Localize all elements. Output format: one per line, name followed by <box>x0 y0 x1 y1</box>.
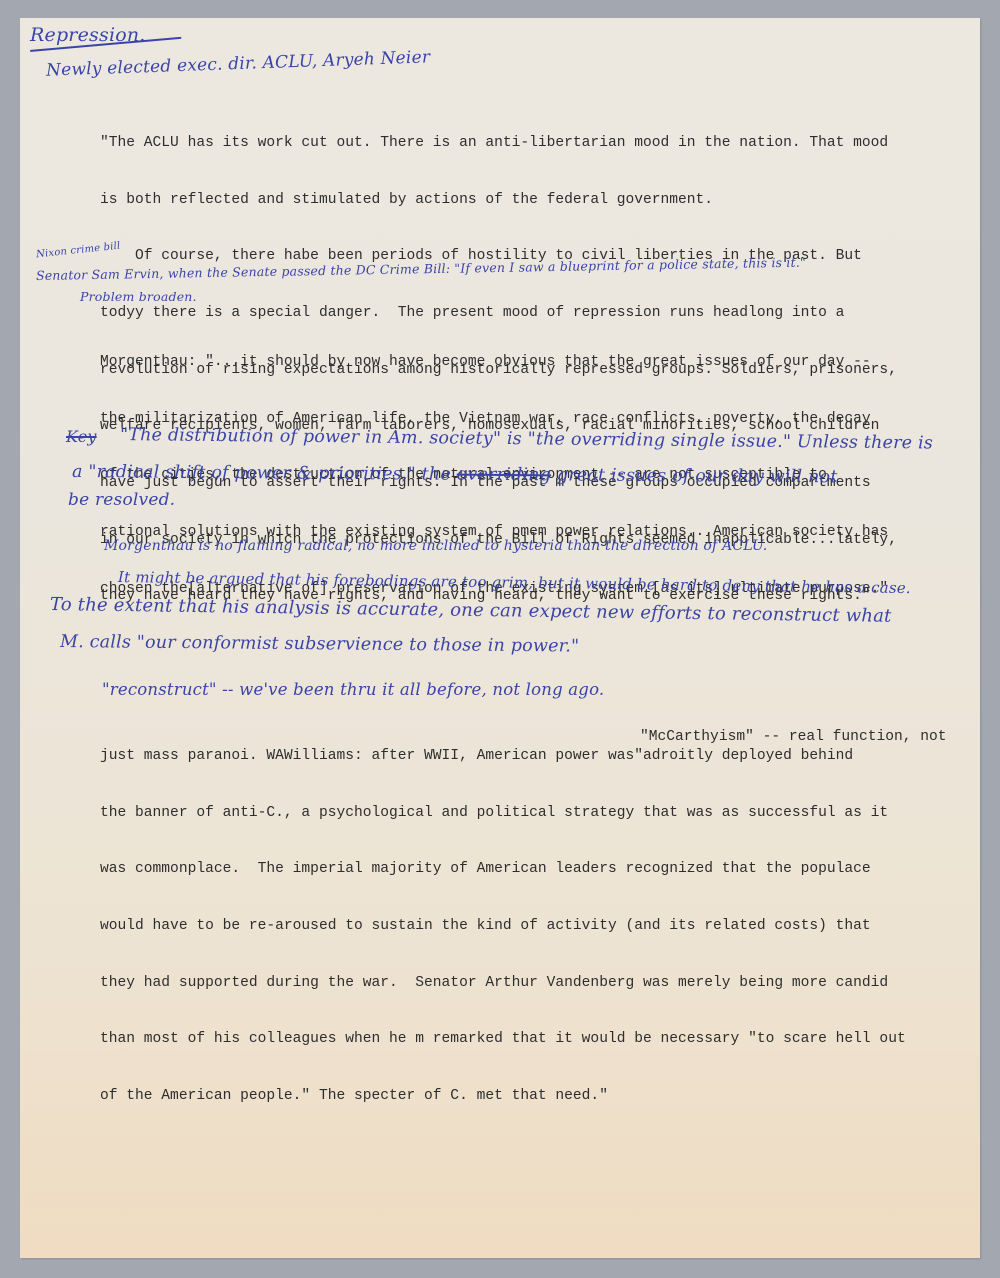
handwritten-para1-line3: be resolved. <box>68 490 175 510</box>
handwritten-para2-line1: Morgenthau is no flaming radical, no mor… <box>104 538 767 554</box>
handwritten-reconstruct-note: "reconstruct" -- we've been thru it all … <box>102 680 604 699</box>
typed-line: was commonplace. The imperial majority o… <box>100 860 906 879</box>
struck-text: overriding <box>457 465 552 486</box>
text: a "radical shift of power & priorities,"… <box>72 462 451 485</box>
mccarthyism-paragraph: just mass paranoi. WAWilliams: after WWI… <box>100 709 906 1125</box>
typed-line: the banner of anti-C., a psychological a… <box>100 804 906 823</box>
typed-line: they had supported during the war. Senat… <box>100 974 906 993</box>
typed-line: "The ACLU has its work cut out. There is… <box>100 134 897 153</box>
typed-line: of the American people." The specter of … <box>100 1087 906 1106</box>
margin-note-problem: Problem broaden. <box>80 289 197 304</box>
text: great issues of our day will not <box>557 465 838 487</box>
typed-line: than most of his colleagues when he m re… <box>100 1030 906 1049</box>
typed-line: is both reflected and stimulated by acti… <box>100 191 897 210</box>
struck-text: Key <box>66 427 97 446</box>
handwritten-struck-word: Key <box>66 427 97 446</box>
typed-line: Morgenthau: "...it should by now have be… <box>100 353 888 372</box>
typed-line: would have to be re-aroused to sustain t… <box>100 917 906 936</box>
typed-line: just mass paranoi. WAWilliams: after WWI… <box>100 747 906 766</box>
